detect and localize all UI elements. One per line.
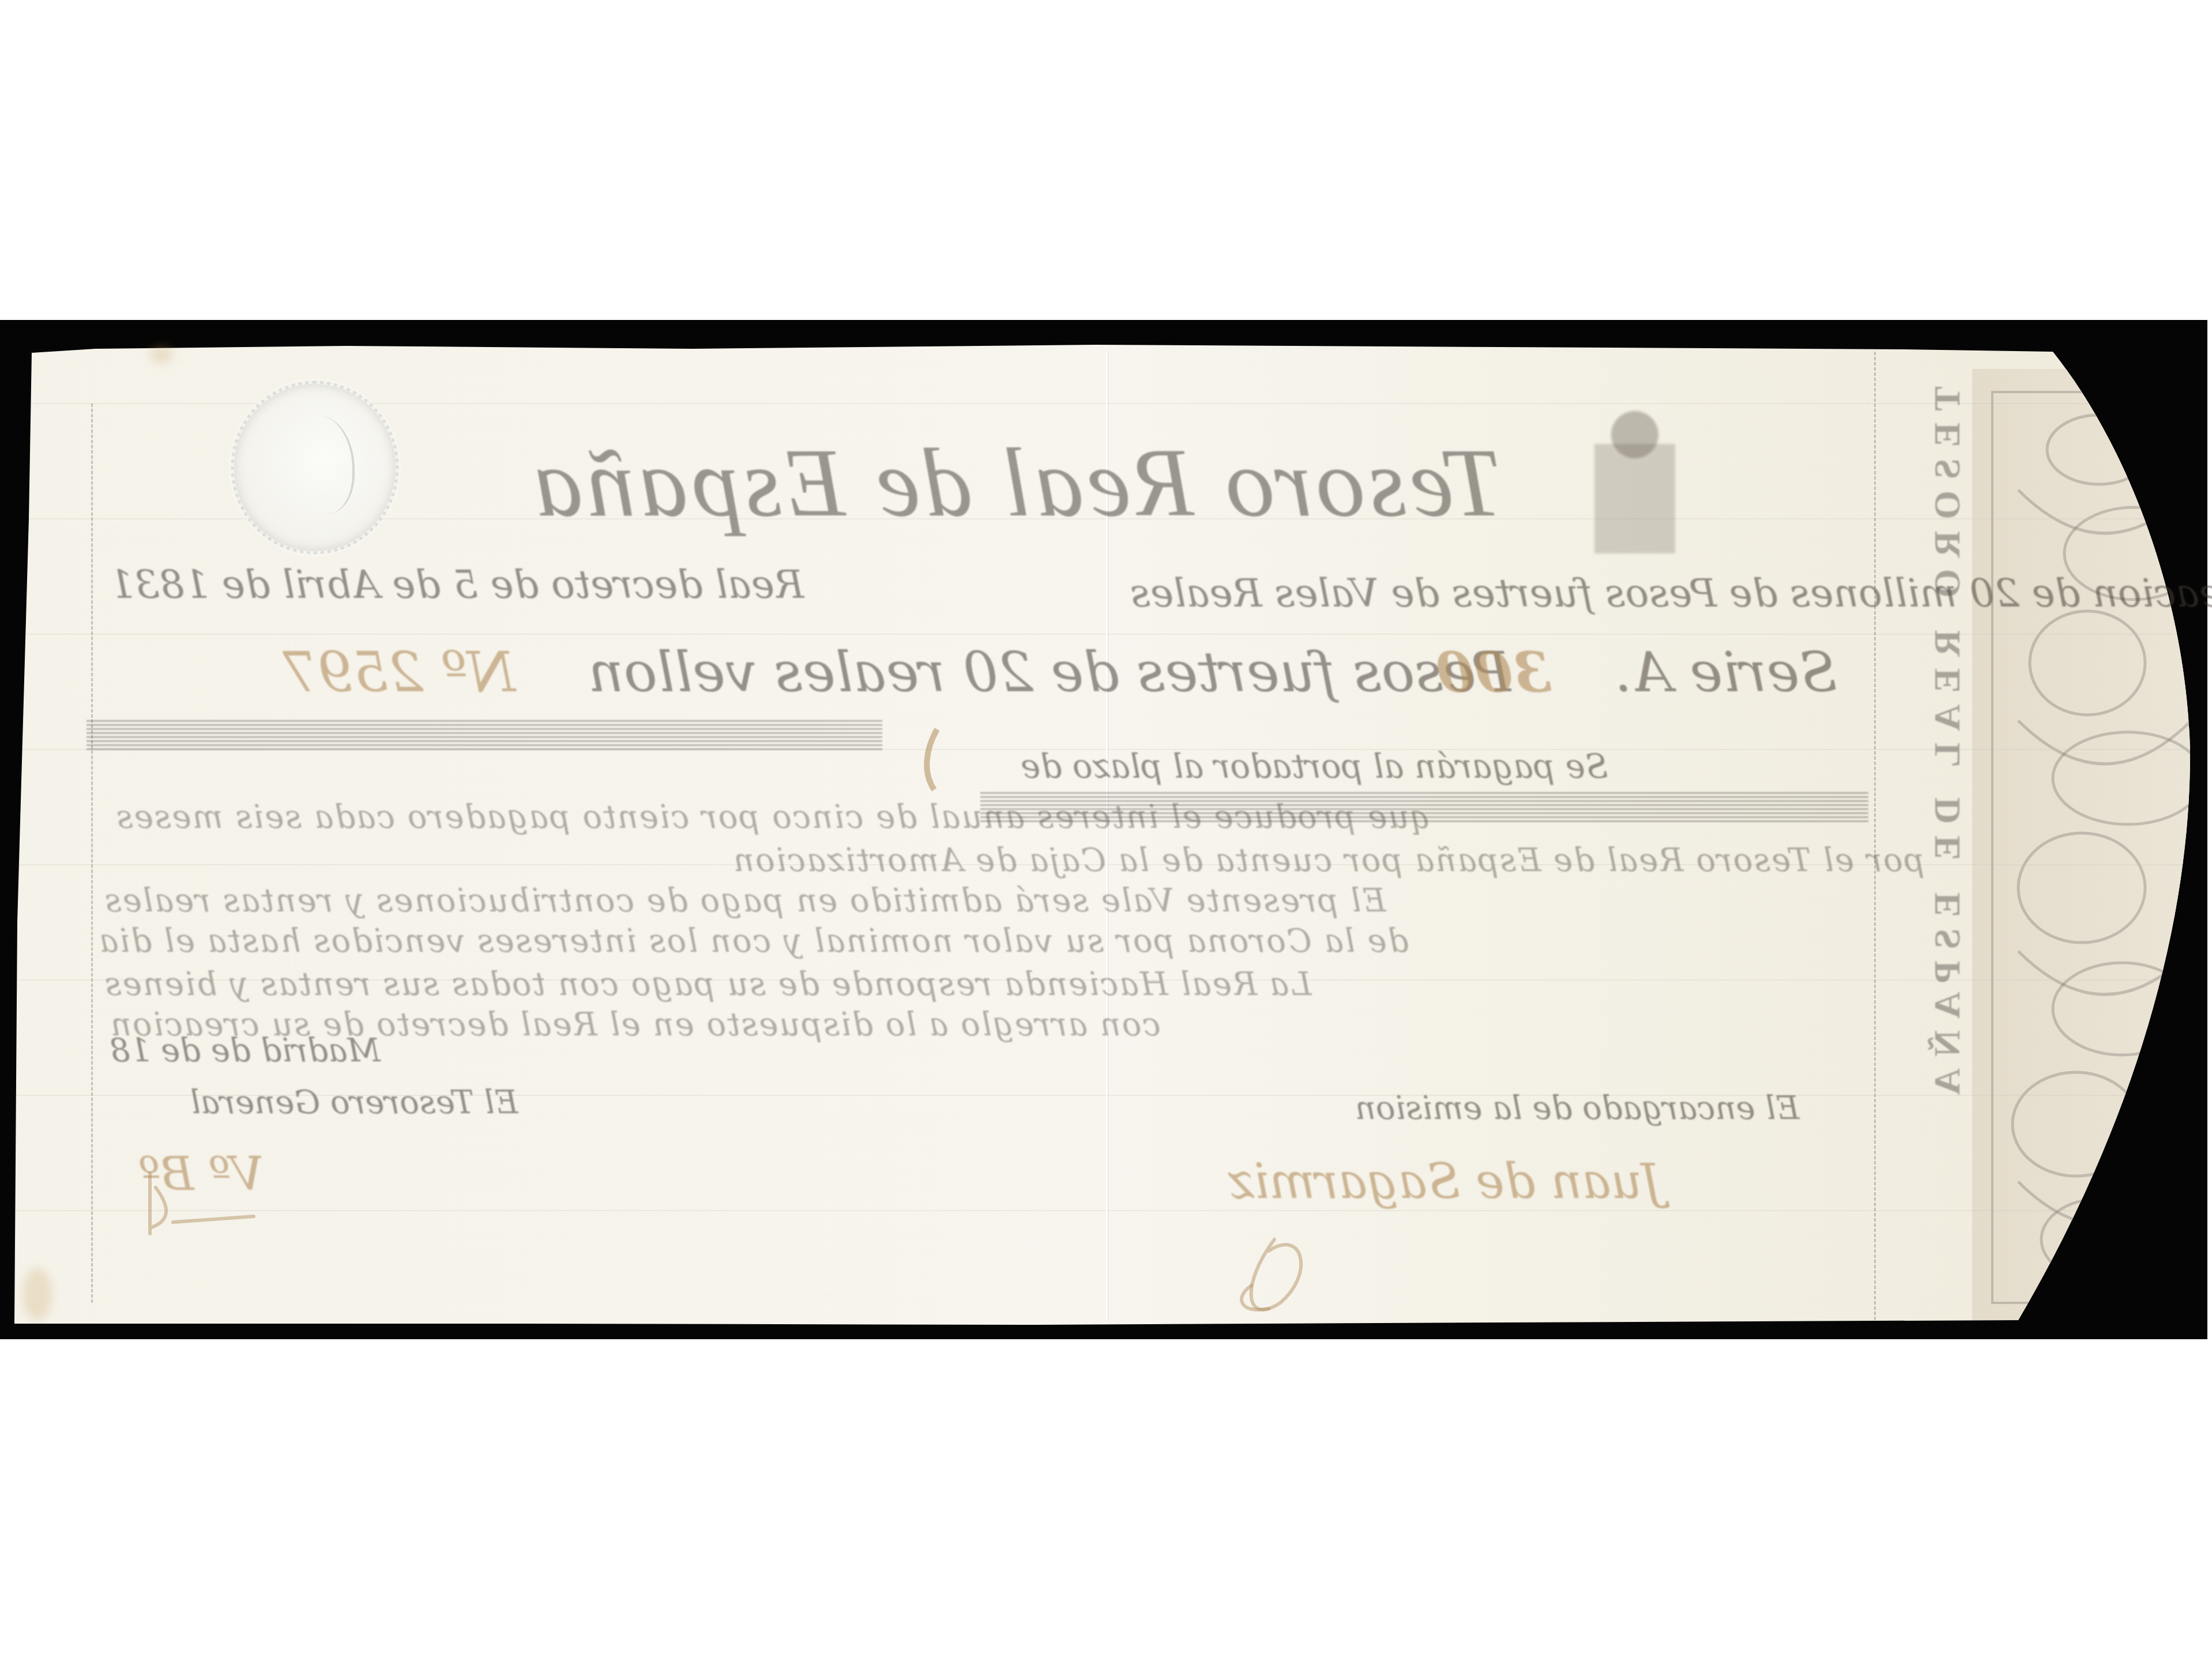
body-line: de la Corona por su valor nominal y con … [98, 922, 1409, 960]
paper-stain [150, 346, 173, 363]
body-line: por el Tesoro Real de España por cuenta … [732, 842, 1924, 879]
redaction-bar-top [86, 718, 882, 750]
denomination-value: 300 [1436, 640, 1551, 705]
creation-line: Creacion de 20 millones de Pesos fuertes… [1130, 571, 2212, 616]
payee-line: Se pagarán al portador al plazo de [1021, 747, 1608, 786]
embossed-seal-icon [231, 380, 399, 555]
decree-line: Real decreto de 5 de Abril de 1831 [110, 562, 804, 608]
certifier-line: El Tesorero General [190, 1084, 518, 1121]
place-date-line: Madrid de de 18 [110, 1032, 381, 1069]
document-title: Tesoro Real de España [531, 427, 1503, 539]
body-line: La Real Hacienda responde de su pago con… [104, 966, 1312, 1003]
left-margin-line [91, 404, 93, 1303]
issuer-label: El encargado de la emision [1355, 1090, 1799, 1127]
body-line: El presente Vale será admitido en pago d… [104, 882, 1386, 920]
right-margin-line [1874, 352, 1876, 1320]
serial-number: Nº 2597 [283, 640, 516, 704]
paper-stain [23, 1268, 52, 1320]
coat-of-arms-icon [1580, 404, 1690, 559]
denomination-text: Pesos fuertes de 20 reales vellon [588, 640, 1511, 704]
signature-left: Vº Bº [138, 1147, 264, 1201]
signature-right: Juan de Sagarmiz [1228, 1153, 1661, 1209]
series-label: Serie A. [1615, 640, 1837, 704]
body-line: que produce el interes anual de cinco po… [115, 798, 1431, 836]
side-strip-text: TESORO REAL DE ESPAÑA [1926, 386, 1969, 1106]
bond-paper: Tesoro Real de España Real decreto de 5 … [0, 0, 2212, 1658]
portrait-profile-icon [289, 416, 355, 514]
